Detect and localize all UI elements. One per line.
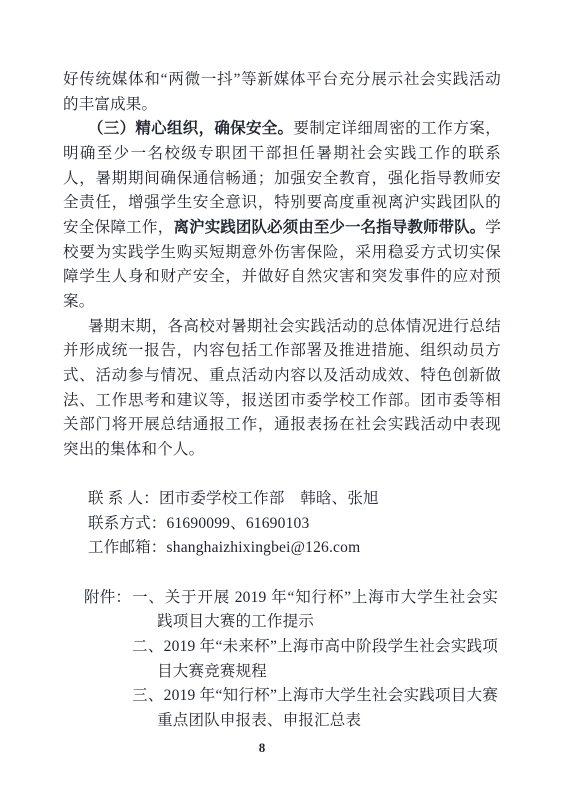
contact-row-person: 联 系 人：团市委学校工作部 韩晗、张旭 <box>88 487 501 512</box>
contact-label: 联 系 人： <box>88 490 159 507</box>
attachment-item-3: 三、2019 年“知行杯”上海市大学生社会实践项目大赛重点团队申报表、申报汇总表 <box>132 684 498 733</box>
contact-label: 联系方式： <box>88 515 167 532</box>
bold-run-section-heading: （三）精心组织，确保安全。 <box>88 120 293 137</box>
contact-value: 团市委学校工作部 韩晗、张旭 <box>159 490 379 507</box>
contact-row-email: 工作邮箱：shanghaizhixingbei@126.com <box>88 536 501 561</box>
attachment-item-2: 二、2019 年“未来杯”上海市高中阶段学生社会实践项目大赛竞赛规程 <box>132 635 498 684</box>
paragraph-continuation: 好传统媒体和“两微一抖”等新媒体平台充分展示社会实践活动的丰富成果。 <box>63 68 501 117</box>
attachments-list: 一、关于开展 2019 年“知行杯”上海市大学生社会实践项目大赛的工作提示 二、… <box>132 586 498 734</box>
paragraph-summary-report: 暑期末期，各高校对暑期社会实践活动的总体情况进行总结并形成统一报告，内容包括工作… <box>63 315 501 463</box>
document-page: 好传统媒体和“两微一抖”等新媒体平台充分展示社会实践活动的丰富成果。 （三）精心… <box>0 0 562 796</box>
contact-row-phone: 联系方式：61690099、61690103 <box>88 512 501 537</box>
contact-value: 61690099、61690103 <box>167 515 310 532</box>
contact-block: 联 系 人：团市委学校工作部 韩晗、张旭 联系方式：61690099、61690… <box>63 487 501 561</box>
contact-value: shanghaizhixingbei@126.com <box>167 539 361 556</box>
contact-label: 工作邮箱： <box>88 539 167 556</box>
paragraph-section-three: （三）精心组织，确保安全。要制定详细周密的工作方案，明确至少一名校级专职团干部担… <box>63 117 501 314</box>
attachments-block: 附件： 一、关于开展 2019 年“知行杯”上海市大学生社会实践项目大赛的工作提… <box>63 586 501 734</box>
bold-run-team-requirement: 离沪实践团队必须由至少一名指导教师带队。 <box>174 219 486 236</box>
attachments-label: 附件： <box>84 586 131 611</box>
document-body: 好传统媒体和“两微一抖”等新媒体平台充分展示社会实践活动的丰富成果。 （三）精心… <box>63 68 501 734</box>
attachment-item-1: 一、关于开展 2019 年“知行杯”上海市大学生社会实践项目大赛的工作提示 <box>132 586 498 635</box>
text-run: 暑期末期，各高校对暑期社会实践活动的总体情况进行总结并形成统一报告，内容包括工作… <box>63 318 501 458</box>
text-run: 好传统媒体和“两微一抖”等新媒体平台充分展示社会实践活动的丰富成果。 <box>63 71 501 113</box>
page-number-label: 8 <box>0 740 524 756</box>
